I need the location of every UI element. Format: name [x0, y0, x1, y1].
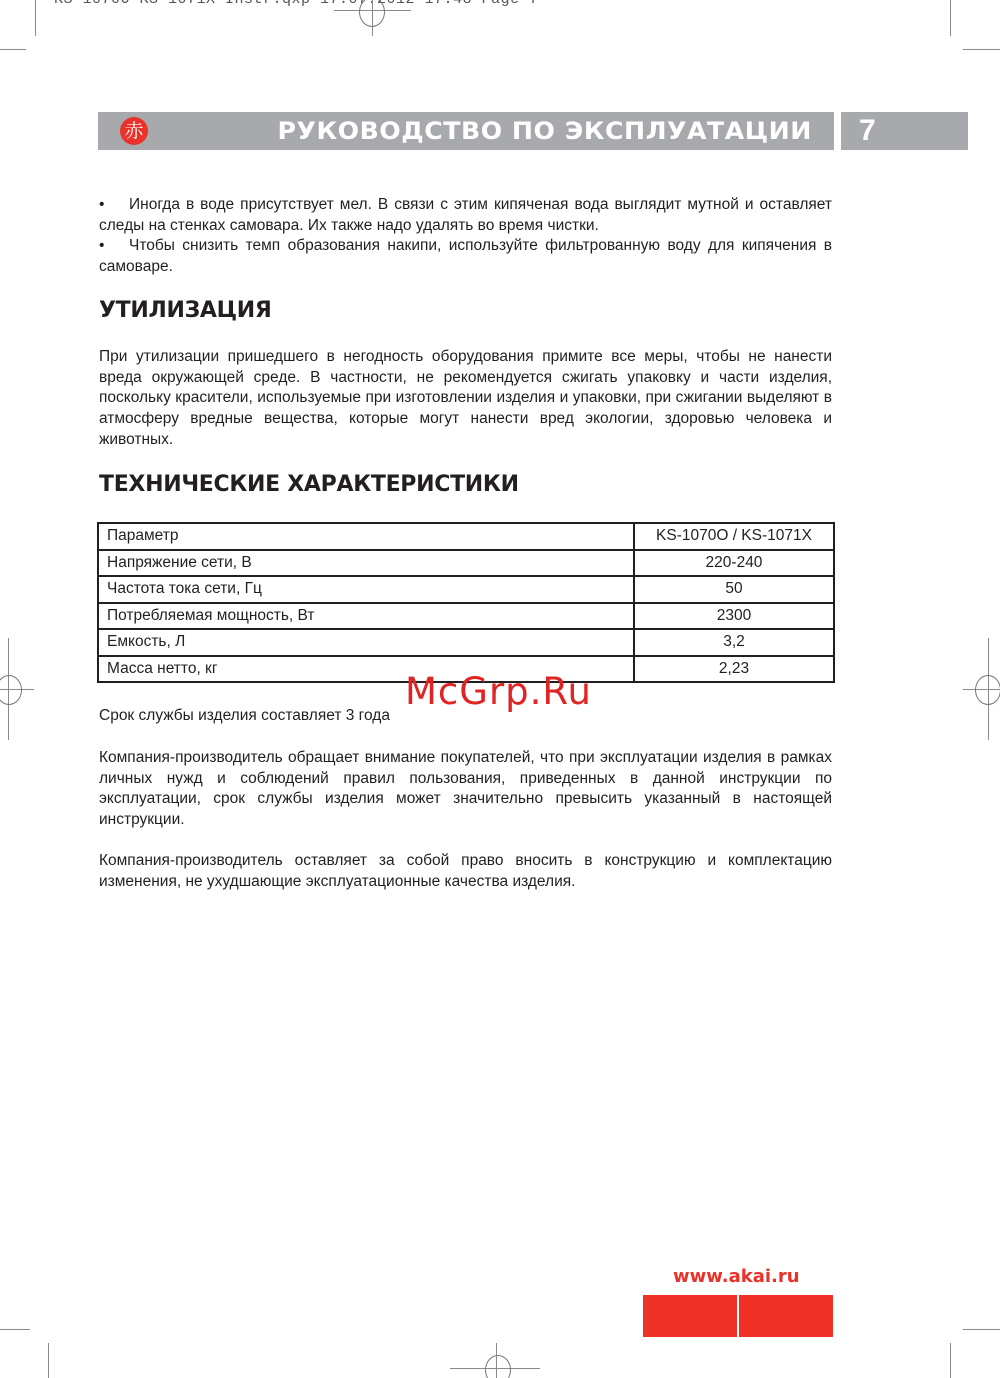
column-header-model: KS-1070O / KS-1071X — [634, 523, 834, 550]
param-value: 3,2 — [634, 629, 834, 656]
disposal-text: При утилизации пришедшего в негодность о… — [99, 347, 832, 451]
crop-mark — [950, 0, 951, 36]
page-number: 7 — [859, 114, 876, 148]
header-bar: 赤 РУКОВОДСТВО ПО ЭКСПЛУАТАЦИИ — [98, 112, 834, 150]
crop-mark — [35, 0, 36, 36]
crop-mark — [0, 1329, 30, 1330]
footer-red-block-left — [643, 1295, 737, 1337]
bullet-item: •Иногда в воде присутствует мел. В связи… — [99, 195, 832, 236]
specs-section: ТЕХНИЧЕСКИЕ ХАРАКТЕРИСТИКИ — [99, 472, 832, 497]
crop-mark — [0, 49, 26, 50]
param-name: Напряжение сети, В — [98, 550, 634, 577]
crop-mark — [950, 1343, 951, 1378]
disposal-body: При утилизации пришедшего в негодность о… — [99, 347, 832, 451]
param-value: 2300 — [634, 603, 834, 630]
website-link[interactable]: www.akai.ru — [673, 1266, 800, 1287]
param-name: Частота тока сети, Гц — [98, 576, 634, 603]
specs-heading: ТЕХНИЧЕСКИЕ ХАРАКТЕРИСТИКИ — [99, 472, 832, 497]
akai-logo-icon: 赤 — [120, 117, 148, 145]
column-header-parameter: Параметр — [98, 523, 634, 550]
specs-table: Параметр KS-1070O / KS-1071X Напряжение … — [97, 522, 835, 683]
param-value: 50 — [634, 576, 834, 603]
crop-mark — [48, 1343, 49, 1378]
watermark: McGrp.Ru — [405, 670, 592, 713]
table-row: Потребляемая мощность, Вт 2300 — [98, 603, 834, 630]
param-name: Емкость, Л — [98, 629, 634, 656]
bullet-marker: • — [99, 236, 129, 257]
footer-red-block-right — [739, 1295, 833, 1337]
disposal-section: УТИЛИЗАЦИЯ — [99, 298, 832, 323]
table-header-row: Параметр KS-1070O / KS-1071X — [98, 523, 834, 550]
param-value: 220-240 — [634, 550, 834, 577]
param-value: 2,23 — [634, 656, 834, 683]
table-row: Напряжение сети, В 220-240 — [98, 550, 834, 577]
bullet-marker: • — [99, 195, 129, 216]
note-1: Компания-производитель обращает внимание… — [99, 748, 832, 831]
table-row: Частота тока сети, Гц 50 — [98, 576, 834, 603]
page-number-box: 7 — [841, 112, 968, 150]
table-row: Емкость, Л 3,2 — [98, 629, 834, 656]
note-2: Компания-производитель оставляет за собо… — [99, 851, 832, 892]
crop-mark — [963, 1329, 1000, 1330]
disposal-heading: УТИЛИЗАЦИЯ — [99, 298, 832, 323]
intro-bullets: •Иногда в воде присутствует мел. В связи… — [99, 195, 832, 278]
param-name: Потребляемая мощность, Вт — [98, 603, 634, 630]
print-slug: KS-1070O KS-1071X Instr.qxp 17.07.2012 1… — [54, 0, 539, 8]
page-title: РУКОВОДСТВО ПО ЭКСПЛУАТАЦИИ — [278, 117, 812, 145]
crop-mark — [963, 49, 1000, 50]
bullet-item: •Чтобы снизить темп образования накипи, … — [99, 236, 832, 277]
